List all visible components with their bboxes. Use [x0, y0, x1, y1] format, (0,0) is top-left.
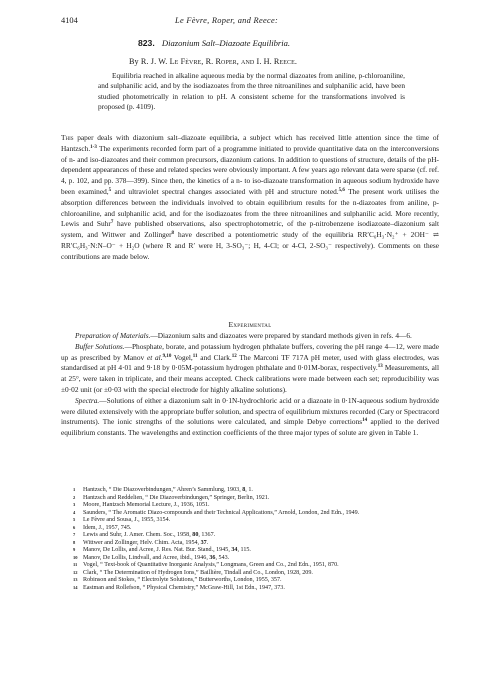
reference-number: 8: [73, 540, 75, 546]
buffer-text: Vogel,: [171, 353, 192, 362]
buffer-label: Buffer Solutions.: [75, 342, 125, 351]
running-head-authors: Le Fèvre, Roper, and Reece:: [175, 16, 278, 25]
reference-number: 10: [73, 555, 78, 561]
reference-text: Vogel, “ Text-book of Quantitative Inorg…: [83, 562, 339, 568]
references-list: 1Hantzsch, “ Die Diazoverbindungen,” Ahr…: [61, 487, 439, 592]
article-number: 823.: [138, 38, 155, 48]
reference-text: Le Fèvre and Sousa, J., 1955, 3154.: [83, 517, 170, 523]
reference-item: 10Manov, De Lollis, Lindvall, and Acree,…: [61, 555, 439, 563]
section-heading-experimental: Experimental: [61, 320, 439, 329]
byline: By R. J. W. Le Fèvre, R. Roper, and I. H…: [129, 57, 297, 66]
reference-text: Moore, Hantzsch Memorial Lecture, J., 19…: [83, 502, 210, 508]
citation: 9,10: [163, 354, 172, 359]
reference-number: 3: [73, 502, 75, 508]
reference-text: Wittwer and Zollinger, Helv. Chim. Acta,…: [83, 540, 201, 546]
abstract-text: Equilibria reached in alkaline aqueous m…: [98, 71, 405, 112]
reference-text: Lewis and Suhr, J. Amer. Chem. Soc., 195…: [83, 532, 192, 538]
reference-text: Manov, De Lollis, and Acree, J. Res. Nat…: [83, 547, 231, 553]
preparation-label: Preparation of Materials.: [75, 331, 150, 340]
reference-text: Saunders, “ The Aromatic Diazo-compounds…: [83, 510, 359, 516]
reference-text: Robinson and Stokes, “ Electrolyte Solut…: [83, 577, 282, 583]
intro-lead-word: This: [61, 133, 74, 142]
intro-text: and ultraviolet spectral changes associa…: [111, 187, 338, 196]
reference-item: 7Lewis and Suhr, J. Amer. Chem. Soc., 19…: [61, 532, 439, 540]
reference-item: 6Idem, J., 1957, 745.: [61, 525, 439, 533]
reference-text: Eastman and Rollefson, “ Physical Chemis…: [83, 585, 285, 591]
reference-number: 5: [73, 517, 75, 523]
reference-text: Manov, De Lollis, Lindvall, and Acree, i…: [83, 555, 209, 561]
reference-tail: .: [207, 540, 209, 546]
reference-tail: , 1.: [245, 487, 253, 493]
reference-item: 3Moore, Hantzsch Memorial Lecture, J., 1…: [61, 502, 439, 510]
article-title: 823. Diazonium Salt–Diazoate Equilibria.: [138, 38, 290, 48]
reference-number: 6: [73, 525, 75, 531]
reference-number: 13: [73, 577, 78, 583]
reference-tail: , 1367.: [198, 532, 215, 538]
buffer-text: and Clark.: [198, 353, 232, 362]
preparation-text: —Diazonium salts and diazoates were prep…: [150, 331, 411, 340]
reference-tail: , 543.: [215, 555, 229, 561]
citation: 1-3: [90, 145, 97, 150]
reference-number: 4: [73, 510, 75, 516]
reference-item: 12Clark, “ The Determination of Hydrogen…: [61, 570, 439, 578]
reference-number: 14: [73, 585, 78, 591]
reference-item: 11Vogel, “ Text-book of Quantitative Ino…: [61, 562, 439, 570]
reference-text: Hantzsch and Reddelien, “ Die Diazoverbi…: [83, 495, 269, 501]
reference-number: 1: [73, 487, 75, 493]
introduction: This paper deals with diazonium salt–dia…: [61, 133, 439, 263]
byline-prefix: By: [129, 57, 139, 66]
reference-number: 9: [73, 547, 75, 553]
reference-item: 9Manov, De Lollis, and Acree, J. Res. Na…: [61, 547, 439, 555]
reference-item: 1Hantzsch, “ Die Diazoverbindungen,” Ahr…: [61, 487, 439, 495]
buffer-paragraph: Buffer Solutions.—Phosphate, borate, and…: [61, 342, 439, 396]
reference-item: 13Robinson and Stokes, “ Electrolyte Sol…: [61, 577, 439, 585]
reference-text: Clark, “ The Determination of Hydrogen I…: [83, 570, 313, 576]
reference-tail: , 115.: [237, 547, 251, 553]
reference-text: Idem, J., 1957, 745.: [83, 525, 131, 531]
reference-item: 8Wittwer and Zollinger, Helv. Chim. Acta…: [61, 540, 439, 548]
reference-number: 7: [73, 532, 75, 538]
reference-item: 4Saunders, “ The Aromatic Diazo-compound…: [61, 510, 439, 518]
experimental-section: Preparation of Materials.—Diazonium salt…: [61, 331, 439, 439]
reference-number: 11: [73, 562, 77, 568]
article-title-text: Diazonium Salt–Diazoate Equilibria.: [162, 38, 290, 48]
preparation-paragraph: Preparation of Materials.—Diazonium salt…: [61, 331, 439, 342]
reference-number: 2: [73, 495, 75, 501]
intro-paragraph: This paper deals with diazonium salt–dia…: [61, 133, 439, 263]
et-al: et al.: [147, 353, 163, 362]
abstract: Equilibria reached in alkaline aqueous m…: [98, 71, 405, 112]
page-number: 4104: [61, 16, 78, 25]
byline-authors: R. J. W. Le Fèvre, R. Roper, and I. H. R…: [141, 57, 297, 66]
reference-number: 12: [73, 570, 78, 576]
intro-text: have described a potentiometric study of…: [174, 230, 353, 239]
spectra-label: Spectra.: [75, 396, 99, 405]
spectra-paragraph: Spectra.—Solutions of either a diazonium…: [61, 396, 439, 439]
reference-item: 2Hantzsch and Reddelien, “ Die Diazoverb…: [61, 495, 439, 503]
reference-item: 14Eastman and Rollefson, “ Physical Chem…: [61, 585, 439, 593]
reference-text: Hantzsch, “ Die Diazoverbindungen,” Ahre…: [83, 487, 242, 493]
reference-item: 5Le Fèvre and Sousa, J., 1955, 3154.: [61, 517, 439, 525]
